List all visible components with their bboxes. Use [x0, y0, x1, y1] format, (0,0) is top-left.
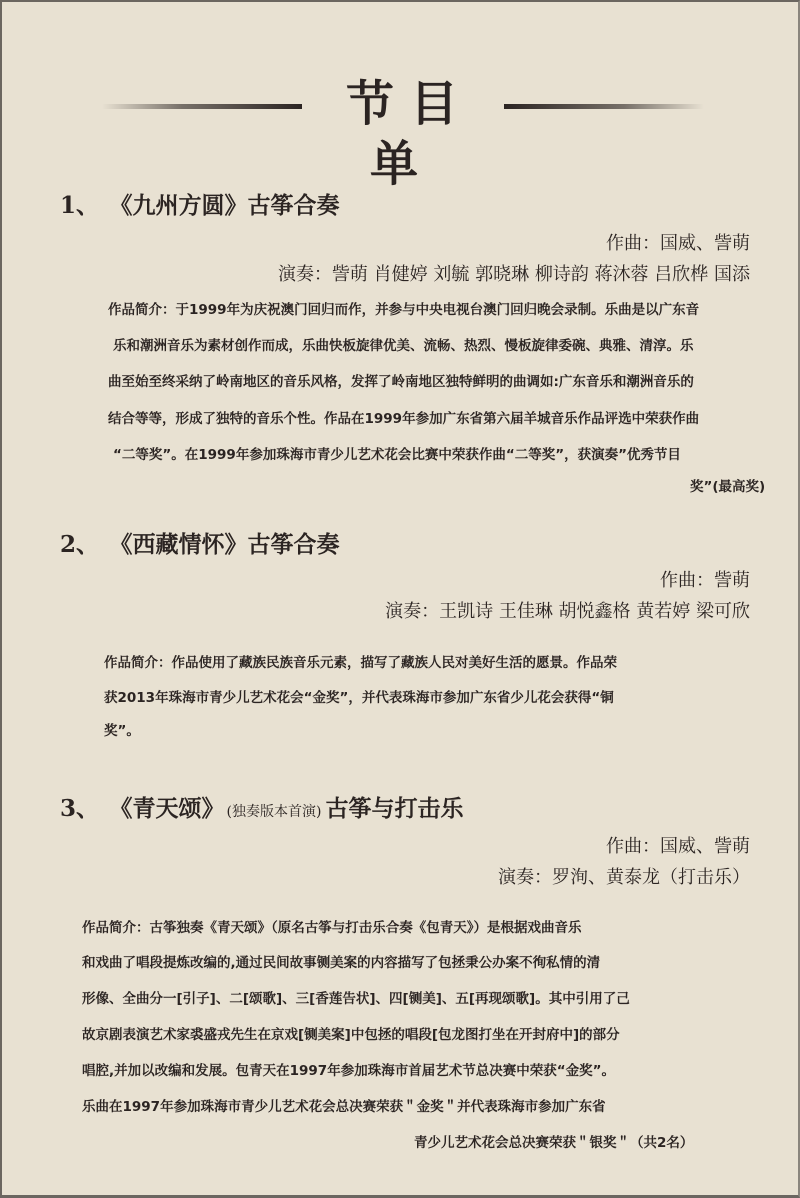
- page-title: 节目单: [307, 74, 497, 194]
- description-line: 唱腔,并加以改编和发展。包青天在1997年参加珠海市首届艺术节总决赛中荣获“金奖…: [82, 1059, 615, 1079]
- program-performers: 演奏：罗洵、黄泰龙（打击乐）: [498, 865, 750, 891]
- program-title: 《九州方圆》: [121, 192, 248, 219]
- description-line: 奖”。: [104, 719, 140, 739]
- description-line: 获2013年珠海市青少儿艺术花会“金奖”，并代表珠海市参加广东省少儿花会获得“铜: [104, 686, 614, 706]
- description-line: 奖”(最高奖): [690, 475, 765, 495]
- program-title: 《西藏情怀》: [121, 531, 248, 558]
- program-heading: 3、《青天颂》(独奏版本首演)古筝与打击乐: [60, 793, 463, 828]
- program-genre: 古筝与打击乐: [325, 795, 463, 822]
- program-genre: 古筝合奏: [248, 531, 340, 558]
- title-divider-left: [102, 104, 302, 109]
- program-number: 1、: [60, 192, 99, 219]
- description-line: 结合等等，形成了独特的音乐个性。作品在1999年参加广东省第六届羊城音乐作品评选…: [108, 407, 699, 427]
- program-composer: 作曲：国威、訾萌: [606, 231, 750, 257]
- description-line: “二等奖”。在1999年参加珠海市青少儿艺术花会比赛中荣获作曲“二等奖”，获演奏…: [113, 443, 681, 463]
- program-number: 2、: [60, 531, 99, 558]
- program-performers: 演奏：王凯诗 王佳琳 胡悦鑫格 黄若婷 梁可欣: [385, 599, 750, 625]
- program-note: (独奏版本首演): [227, 804, 322, 820]
- program-genre: 古筝合奏: [248, 192, 340, 219]
- program-number: 3、: [60, 795, 99, 822]
- description-line: 乐曲在1997年参加珠海市青少儿艺术花会总决赛荣获＂金奖＂并代表珠海市参加广东省: [82, 1095, 606, 1115]
- program-heading: 2、《西藏情怀》古筝合奏: [60, 529, 340, 561]
- page-header: 节目单: [2, 72, 798, 142]
- program-performers: 演奏：訾萌 肖健婷 刘毓 郭晓琳 柳诗韵 蒋沐蓉 吕欣桦 国添: [278, 262, 750, 288]
- description-line: 作品简介：于1999年为庆祝澳门回归而作，并参与中央电视台澳门回归晚会录制。乐曲…: [108, 298, 699, 318]
- program-heading: 1、《九州方圆》古筝合奏: [60, 190, 340, 222]
- description-line: 故京剧表演艺术家裘盛戎先生在京戏[铡美案]中包拯的唱段[包龙图打坐在开封府中]的…: [82, 1023, 620, 1043]
- title-divider-right: [504, 104, 704, 109]
- description-line: 和戏曲了唱段提炼改编的,通过民间故事铡美案的内容描写了包拯秉公办案不徇私情的清: [82, 951, 600, 971]
- description-line: 作品简介：作品使用了藏族民族音乐元素，描写了藏族人民对美好生活的愿景。作品荣: [104, 651, 617, 671]
- description-line: 作品简介：古筝独奏《青天颂》（原名古筝与打击乐合奏《包青天》）是根据戏曲音乐: [82, 916, 582, 936]
- description-line: 乐和潮洲音乐为素材创作而成，乐曲快板旋律优美、流畅、热烈、慢板旋律委碗、典雅、清…: [113, 334, 694, 354]
- description-line: 曲至始至终采纳了岭南地区的音乐风格，发挥了岭南地区独特鲜明的曲调如:广东音乐和潮…: [108, 370, 694, 390]
- description-line: 青少儿艺术花会总决赛荣获＂银奖＂（共2名）: [414, 1131, 693, 1151]
- program-composer: 作曲：国威、訾萌: [606, 834, 750, 860]
- program-title: 《青天颂》: [121, 795, 225, 822]
- description-line: 形像、全曲分一[引子]、二[颂歌]、三[香莲告状]、四[铡美]、五[再现颂歌]。…: [82, 987, 630, 1007]
- program-composer: 作曲：訾萌: [660, 568, 750, 594]
